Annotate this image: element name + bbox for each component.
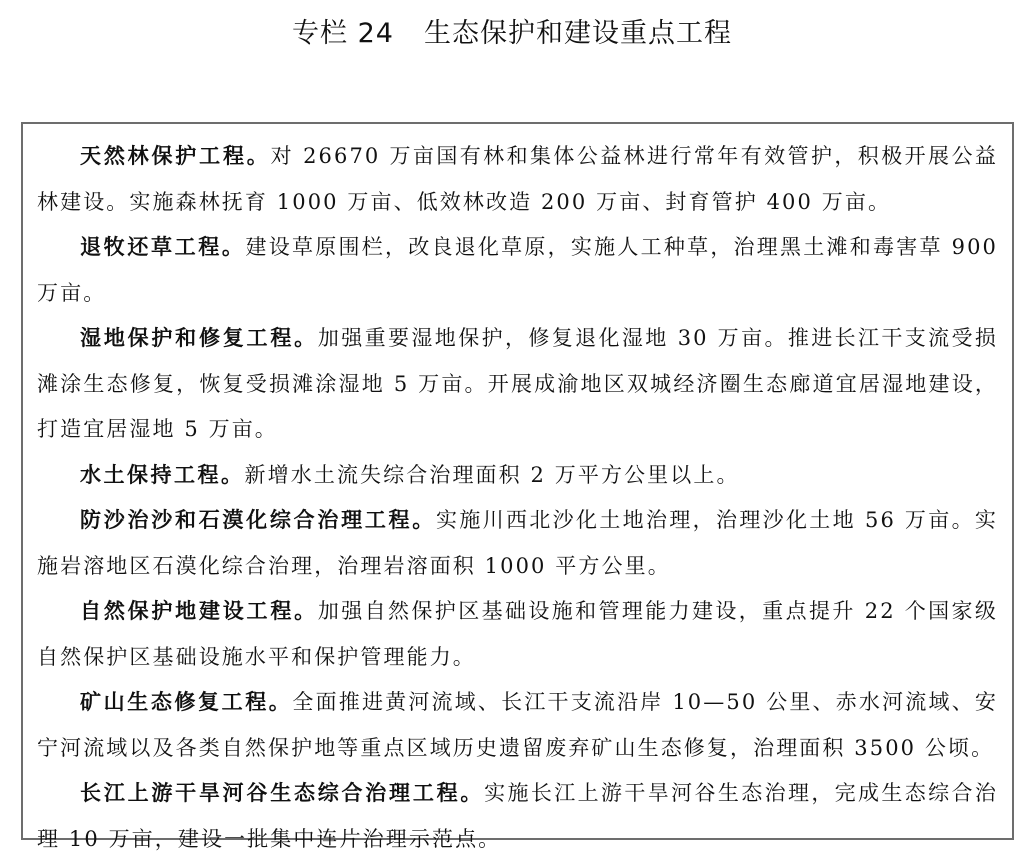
- project-paragraph-protected-areas: 自然保护地建设工程。加强自然保护区基础设施和管理能力建设，重点提升 22 个国家…: [37, 589, 998, 680]
- project-name: 水土保持工程。: [80, 463, 245, 487]
- project-paragraph-desertification: 防沙治沙和石漠化综合治理工程。实施川西北沙化土地治理，治理沙化土地 56 万亩。…: [37, 498, 998, 589]
- project-name: 退牧还草工程。: [80, 235, 245, 259]
- project-name: 天然林保护工程。: [80, 144, 271, 168]
- project-paragraph-soil-water: 水土保持工程。新增水土流失综合治理面积 2 万平方公里以上。: [37, 453, 998, 499]
- column-label: 专栏 24: [292, 18, 394, 49]
- project-paragraph-dry-valley: 长江上游干旱河谷生态综合治理工程。实施长江上游干旱河谷生态治理，完成生态综合治理…: [37, 771, 998, 856]
- project-paragraph-mine-restoration: 矿山生态修复工程。全面推进黄河流域、长江干支流沿岸 10—50 公里、赤水河流域…: [37, 680, 998, 771]
- project-name: 湿地保护和修复工程。: [80, 326, 318, 350]
- project-paragraph-wetland: 湿地保护和修复工程。加强重要湿地保护，修复退化湿地 30 万亩。推进长江干支流受…: [37, 316, 998, 453]
- project-name: 自然保护地建设工程。: [80, 599, 318, 623]
- project-paragraph-natural-forest: 天然林保护工程。对 26670 万亩国有林和集体公益林进行常年有效管护，积极开展…: [37, 134, 998, 225]
- project-name: 防沙治沙和石漠化综合治理工程。: [80, 508, 436, 532]
- column-title: 生态保护和建设重点工程: [424, 18, 732, 49]
- project-description: 新增水土流失综合治理面积 2 万平方公里以上。: [245, 463, 740, 487]
- content-box: 天然林保护工程。对 26670 万亩国有林和集体公益林进行常年有效管护，积极开展…: [21, 122, 1014, 840]
- project-name: 长江上游干旱河谷生态综合治理工程。: [80, 781, 484, 805]
- page-title: 专栏 24生态保护和建设重点工程: [0, 14, 1024, 54]
- project-name: 矿山生态修复工程。: [80, 690, 292, 714]
- project-paragraph-grassland: 退牧还草工程。建设草原围栏，改良退化草原，实施人工种草，治理黑土滩和毒害草 90…: [37, 225, 998, 316]
